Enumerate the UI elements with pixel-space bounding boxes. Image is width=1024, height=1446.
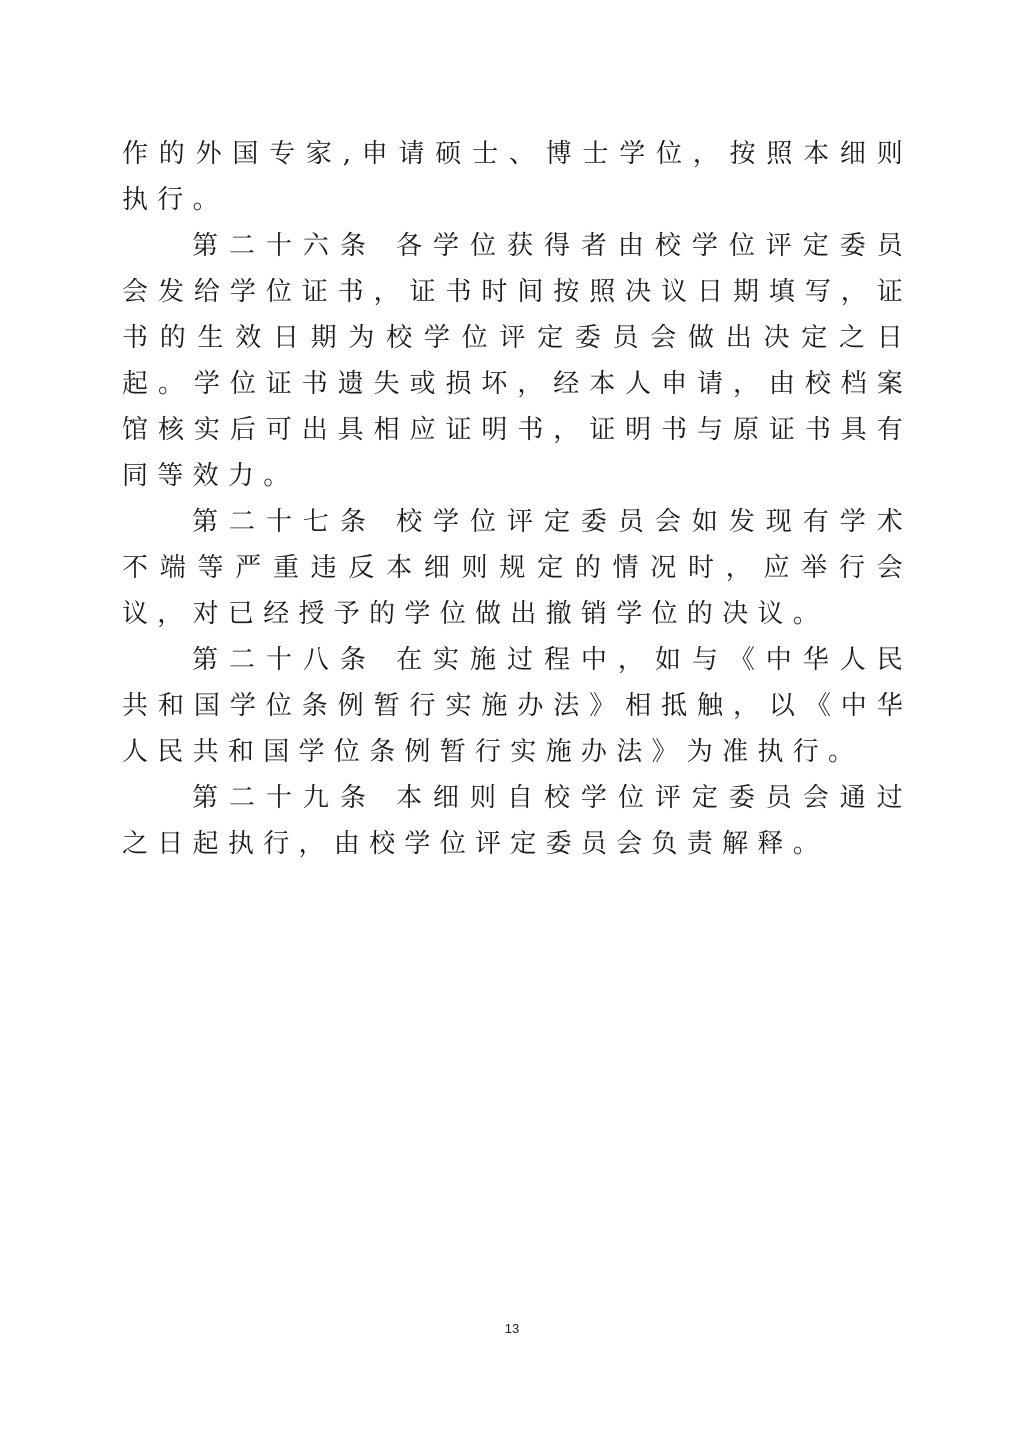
article-26-paragraph: 第二十六条 各学位获得者由校学位评定委员会发给学位证书，证书时间按照决议日期填写… xyxy=(122,223,912,499)
page-number: 13 xyxy=(0,1321,1024,1336)
paragraph-continuation: 作的外国专家,申请硕士、博士学位，按照本细则执行。 xyxy=(122,131,912,223)
article-27-paragraph: 第二十七条 校学位评定委员会如发现有学术不端等严重违反本细则规定的情况时，应举行… xyxy=(122,499,912,637)
article-29-paragraph: 第二十九条 本细则自校学位评定委员会通过之日起执行，由校学位评定委员会负责解释。 xyxy=(122,775,912,867)
document-body: 作的外国专家,申请硕士、博士学位，按照本细则执行。 第二十六条 各学位获得者由校… xyxy=(122,131,912,867)
article-28-paragraph: 第二十八条 在实施过程中，如与《中华人民共和国学位条例暂行实施办法》相抵触，以《… xyxy=(122,637,912,775)
document-page: 作的外国专家,申请硕士、博士学位，按照本细则执行。 第二十六条 各学位获得者由校… xyxy=(0,0,1024,1446)
